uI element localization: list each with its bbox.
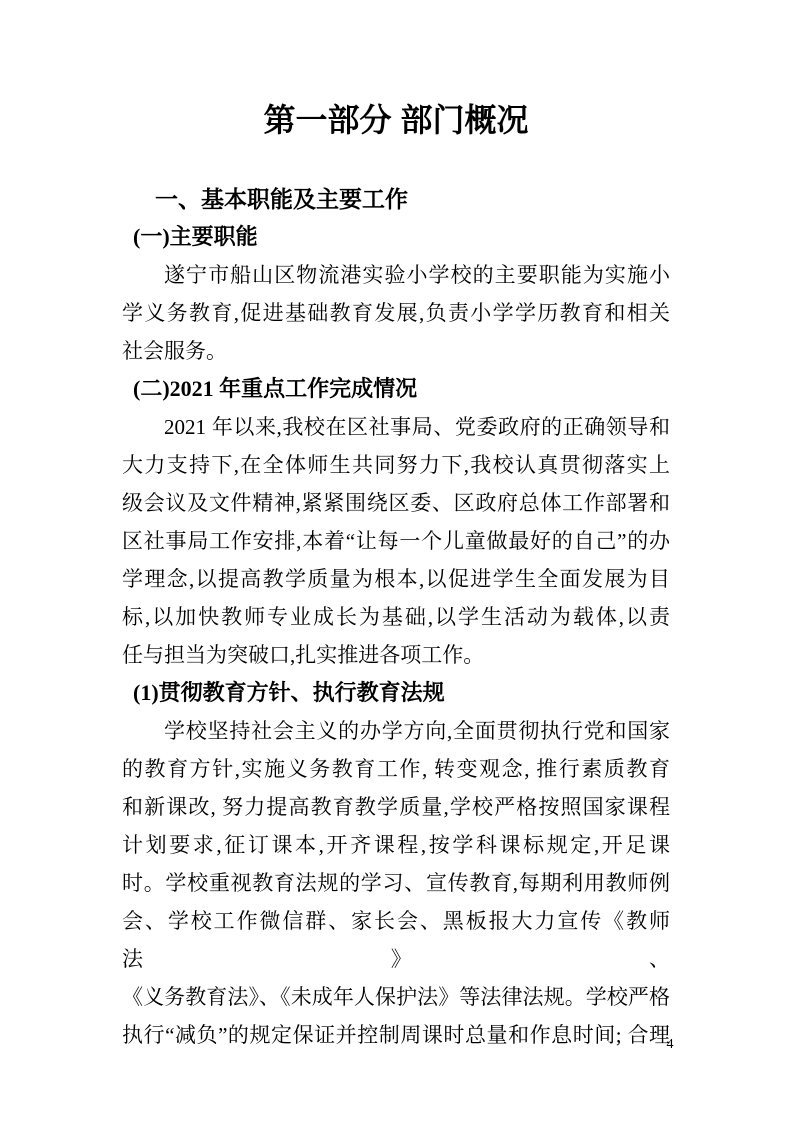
sub-heading: (一)主要职能 [133,218,670,256]
sub-heading: (1)贯彻教育方针、执行教育法规 [133,674,670,712]
body-line: 标,以加快教师专业成长为基础,以学生活动为载体,以责 [122,598,670,636]
body-line: 会、学校工作微信群、家长会、黑板报大力宣传《教师法》、 [122,902,670,978]
body-line: 学理念,以提高教学质量为根本,以促进学生全面发展为目 [122,560,670,598]
document-page: 第一部分 部门概况 一、基本职能及主要工作(一)主要职能遂宁市船山区物流港实验小… [0,0,793,1122]
body-line: 社会服务。 [122,332,670,370]
body-line: 和新课改, 努力提高教育教学质量,学校严格按照国家课程 [122,788,670,826]
body-line: 学校坚持社会主义的办学方向,全面贯彻执行党和国家 [122,712,670,750]
body-line: 区社事局工作安排,本着“让每一个儿童做最好的自己”的办 [122,522,670,560]
body-line: 遂宁市船山区物流港实验小学校的主要职能为实施小 [122,256,670,294]
body-line: 2021 年以来,我校在区社事局、党委政府的正确领导和 [122,408,670,446]
body-line: 学义务教育,促进基础教育发展,负责小学学历教育和相关 [122,294,670,332]
body-line: 的教育方针,实施义务教育工作, 转变观念, 推行素质教育 [122,750,670,788]
document-body: 一、基本职能及主要工作(一)主要职能遂宁市船山区物流港实验小学校的主要职能为实施… [122,180,670,1054]
body-line: 时。学校重视教育法规的学习、宣传教育,每期利用教师例 [122,864,670,902]
body-line: 级会议及文件精神,紧紧围绕区委、区政府总体工作部署和 [122,484,670,522]
section-heading: 一、基本职能及主要工作 [155,180,670,218]
document-title: 第一部分 部门概况 [122,97,670,143]
body-line: 计划要求,征订课本,开齐课程,按学科课标规定,开足课 [122,826,670,864]
sub-heading: (二)2021 年重点工作完成情况 [133,370,670,408]
body-line: 任与担当为突破口,扎实推进各项工作。 [122,636,670,674]
page-number: 4 [660,1035,680,1055]
body-line: 大力支持下,在全体师生共同努力下,我校认真贯彻落实上 [122,446,670,484]
body-line: 执行“减负”的规定保证并控制周课时总量和作息时间; 合理 [122,1016,670,1054]
document-content: 第一部分 部门概况 一、基本职能及主要工作(一)主要职能遂宁市船山区物流港实验小… [122,0,670,1054]
body-line: 《义务教育法》、《未成年人保护法》等法律法规。学校严格 [122,978,670,1016]
